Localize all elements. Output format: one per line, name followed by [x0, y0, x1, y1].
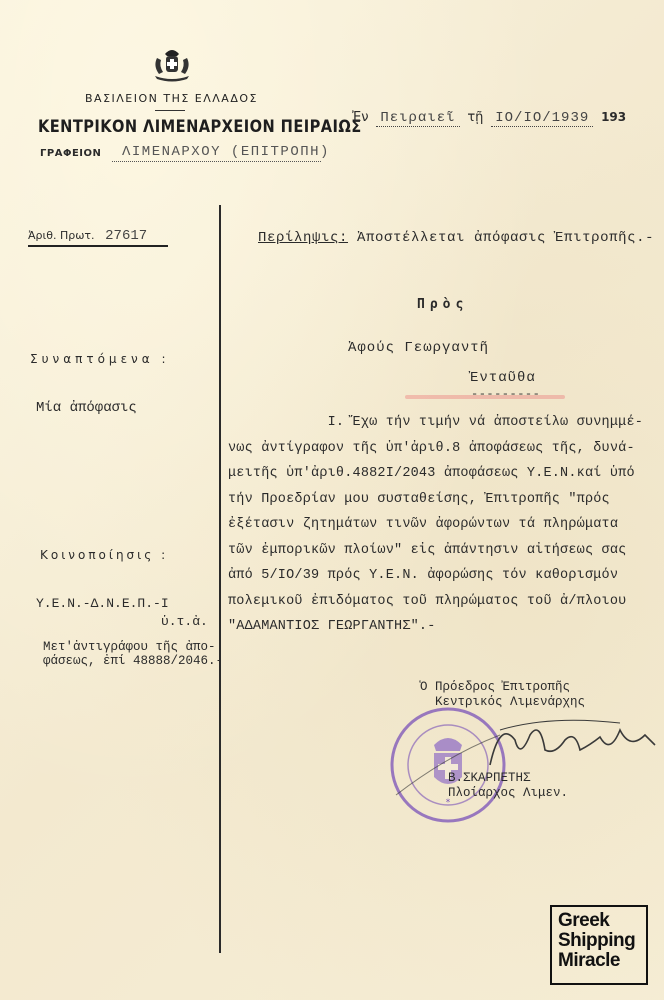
addressee-locale: Ἐνταῦθα — [470, 370, 536, 386]
signatory-name: Β.ΣΚΑΡΠΕΤΗΣ Πλοίαρχος Λιμεν. — [448, 771, 568, 801]
royal-coat-of-arms-icon — [147, 44, 197, 84]
watermark-line: Greek — [558, 911, 640, 931]
date-connector: τῇ — [467, 110, 483, 125]
watermark-line: Shipping — [558, 931, 640, 951]
to-label: Πρὸς — [417, 297, 468, 312]
place-value: Πειραιεῖ — [376, 110, 459, 127]
greek-shipping-miracle-watermark: Greek Shipping Miracle — [550, 905, 648, 985]
attachments-value: Μία ἀπόφασις — [36, 400, 137, 416]
place-date-line: Ἐν Πειραιεῖ τῇ IO/IO/1939 193 — [352, 110, 626, 126]
date-value: IO/IO/1939 — [491, 110, 593, 127]
handwritten-signature-icon — [470, 715, 660, 775]
red-pencil-mark — [405, 395, 565, 399]
office-title: ΚΕΝΤΡΙΚΟΝ ΛΙΜΕΝΑΡΧΕΙΟΝ ΠΕΙΡΑΙΩΣ — [38, 117, 362, 137]
signatory-title: Ὁ Πρόεδρος Ἐπιτροπῆς Κεντρικός Λιμενάρχη… — [420, 680, 585, 710]
cc-abbrev: ὑ.τ.ἀ. — [161, 614, 208, 629]
cc-recipient: Υ.Ε.Ν.-Δ.Ν.Ε.Π.-Ι — [36, 596, 169, 611]
summary-text: Ἀποστέλλεται ἀπόφασις Ἐπιτροπῆς.- — [357, 230, 654, 246]
summary-label: Περίληψις: — [258, 230, 348, 246]
kingdom-title: ΒΑΣΙΛΕΙΟΝ ΤΗΣ ΕΛΛΑΔΟΣ — [85, 92, 258, 105]
watermark-line: Miracle — [558, 951, 640, 971]
cc-label: Κοινοποίησις : — [40, 548, 168, 562]
printed-year: 193 — [601, 110, 626, 124]
summary-line: Περίληψις: Ἀποστέλλεται ἀπόφασις Ἐπιτροπ… — [258, 230, 654, 246]
bureau-label: ΓΡΑΦΕΙΟΝ — [40, 148, 101, 159]
bureau-value: ΛΙΜΕΝΑΡΧΟΥ (ΕΠΙΤΡΟΠΗ) — [112, 144, 321, 162]
cc-note: Μετ'ἀντιγράφου τῆς ἀπο- φάσεως, ἐπί 4888… — [43, 640, 223, 668]
letter-body: I. Ἔχω τήν τιμήν νά ἀποστείλω συνημμέ- ν… — [228, 410, 643, 640]
protocol-label: Ἀριθ. Πρωτ. — [28, 229, 95, 242]
place-prefix: Ἐν — [352, 110, 369, 125]
kingdom-divider — [155, 110, 185, 111]
addressee-name: Ἀφούς Γεωργαντῆ — [348, 340, 489, 356]
attachments-label: Συναπτόμενα : — [30, 352, 170, 366]
column-divider — [219, 205, 221, 953]
protocol-value: 27617 — [105, 228, 147, 244]
protocol-number: Ἀριθ. Πρωτ. 27617 — [28, 228, 168, 247]
